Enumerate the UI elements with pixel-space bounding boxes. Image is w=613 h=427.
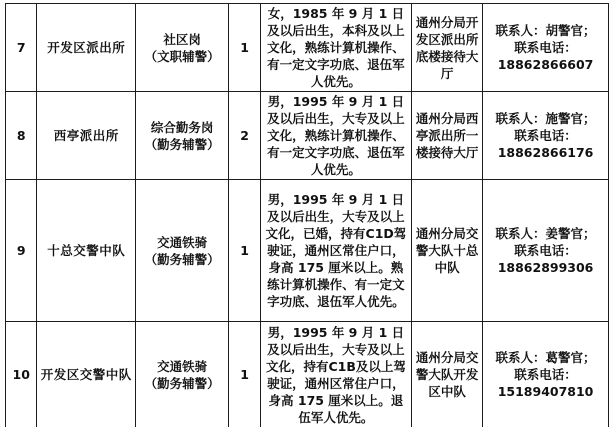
table-row: 8 西亭派出所 综合勤务岗 （勤务辅警） 2 男，1995 年 9 月 1 日及… — [6, 92, 609, 180]
table-row: 7 开发区派出所 社区岗 （文职辅警） 1 女，1985 年 9 月 1 日及以… — [6, 4, 609, 92]
requirements-text: 男，1995 年 9 月 1 日及以后出生，大专及以上文化，持有C1B及以上驾驶… — [260, 322, 411, 427]
recruitment-table-page: 7 开发区派出所 社区岗 （文职辅警） 1 女，1985 年 9 月 1 日及以… — [0, 3, 613, 427]
position-name: 交通铁骑 （勤务辅警） — [135, 322, 228, 427]
row-number: 9 — [6, 180, 37, 322]
position-name: 交通铁骑 （勤务辅警） — [135, 180, 228, 322]
row-number: 8 — [6, 92, 37, 180]
contact-info: 联系人：姜警官； 联系电话： 18862899306 — [483, 180, 609, 322]
registration-location: 通州分局交警大队十总中队 — [412, 180, 483, 322]
position-name: 社区岗 （文职辅警） — [135, 4, 228, 92]
contact-info: 联系人：胡警官； 联系电话： 18862866607 — [483, 4, 609, 92]
table-row: 9 十总交警中队 交通铁骑 （勤务辅警） 1 男，1995 年 9 月 1 日及… — [6, 180, 609, 322]
contact-info: 联系人：葛警官； 联系电话： 15189407810 — [483, 322, 609, 427]
recruit-count: 1 — [229, 180, 260, 322]
unit-name: 十总交警中队 — [37, 180, 135, 322]
table-row: 10 开发区交警中队 交通铁骑 （勤务辅警） 1 男，1995 年 9 月 1 … — [6, 322, 609, 427]
recruit-count: 2 — [229, 92, 260, 180]
contact-info: 联系人：施警官； 联系电话： 18862866176 — [483, 92, 609, 180]
registration-location: 通州分局西亭派出所一楼接待大厅 — [412, 92, 483, 180]
unit-name: 开发区交警中队 — [37, 322, 135, 427]
unit-name: 西亭派出所 — [37, 92, 135, 180]
requirements-text: 女，1985 年 9 月 1 日及以后出生，本科及以上文化，熟练计算机操作、有一… — [260, 4, 411, 92]
registration-location: 通州分局开发区派出所底楼接待大厅 — [412, 4, 483, 92]
requirements-text: 男，1995 年 9 月 1 日及以后出生，大专及以上文化，已婚，持有C1D驾驶… — [260, 180, 411, 322]
recruit-count: 1 — [229, 322, 260, 427]
row-number: 7 — [6, 4, 37, 92]
unit-name: 开发区派出所 — [37, 4, 135, 92]
requirements-text: 男，1995 年 9 月 1 日及以后出生，大专及以上文化，熟练计算机操作、有一… — [260, 92, 411, 180]
position-name: 综合勤务岗 （勤务辅警） — [135, 92, 228, 180]
recruitment-table: 7 开发区派出所 社区岗 （文职辅警） 1 女，1985 年 9 月 1 日及以… — [5, 3, 609, 427]
row-number: 10 — [6, 322, 37, 427]
registration-location: 通州分局交警大队开发区中队 — [412, 322, 483, 427]
recruit-count: 1 — [229, 4, 260, 92]
